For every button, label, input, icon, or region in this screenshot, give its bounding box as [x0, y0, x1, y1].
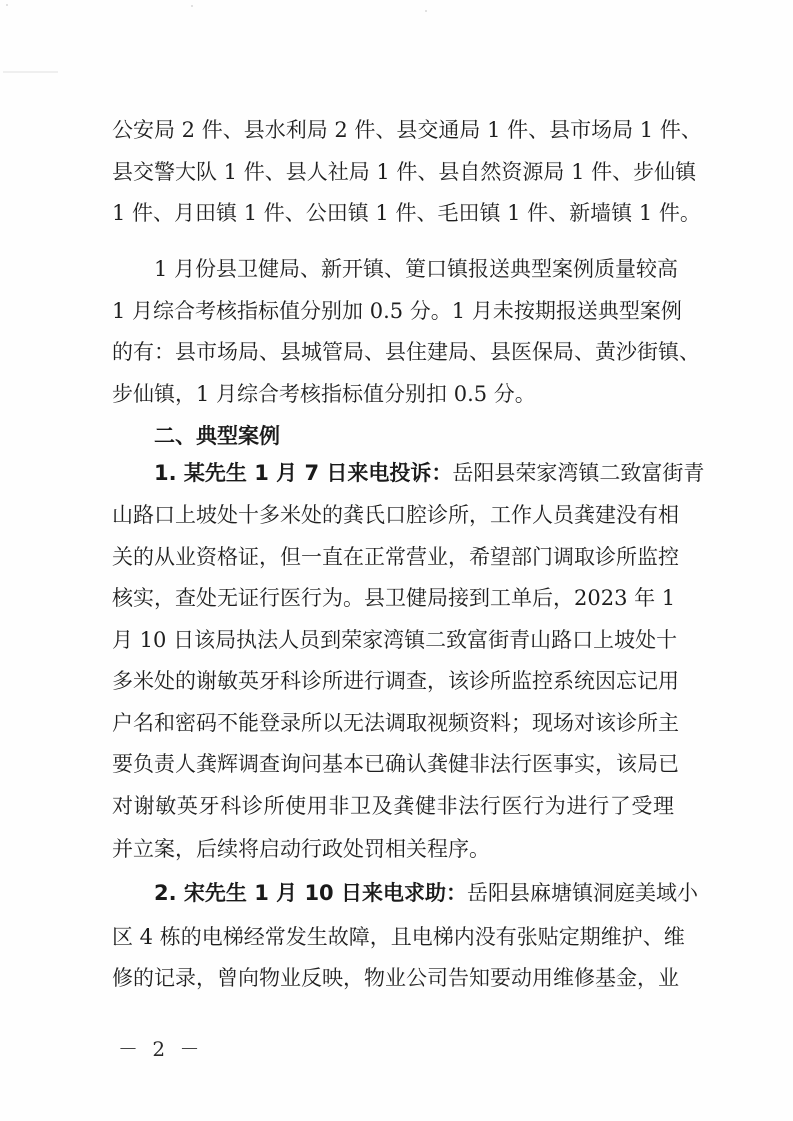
case-title: 1. 某先生 1 月 7 日来电投诉：: [154, 461, 452, 485]
text-line: 公安局 2 件、县水利局 2 件、县交通局 1 件、县市场局 1 件、: [112, 115, 674, 145]
text-line: 修的记录，曾向物业反映，物业公司告知要动用维修基金，业: [112, 963, 674, 993]
case-title-line: 1. 某先生 1 月 7 日来电投诉：岳阳县荣家湾镇二致富街青: [154, 458, 674, 488]
text-line: 步仙镇，1 月综合考核指标值分别扣 0.5 分。: [112, 379, 674, 409]
case-title: 2. 宋先生 1 月 10 日来电求助：: [154, 881, 467, 905]
section-heading: 二、典型案例: [154, 421, 674, 451]
text-line: 多米处的谢敏英牙科诊所进行调查，该诊所监控系统因忘记用: [112, 666, 674, 696]
text-line: 户名和密码不能登录所以无法调取视频资料；现场对该诊所主: [112, 708, 674, 738]
text-line: 要负责人龚辉调查询问基本已确认龚健非法行医事实，该局已: [112, 749, 674, 779]
document-page: 公安局 2 件、县水利局 2 件、县交通局 1 件、县市场局 1 件、 县交警大…: [0, 0, 793, 1121]
text-line: 1 月份县卫健局、新开镇、筻口镇报送典型案例质量较高: [154, 254, 674, 284]
text-line: 1 月综合考核指标值分别加 0.5 分。1 月未按期报送典型案例: [112, 296, 674, 326]
text-line: 关的从业资格证，但一直在正常营业，希望部门调取诊所监控: [112, 542, 674, 572]
scan-artifact: [191, 5, 193, 7]
case-title-line: 2. 宋先生 1 月 10 日来电求助：岳阳县麻塘镇洞庭美域小: [154, 878, 674, 908]
text-line: 的有：县市场局、县城管局、县住建局、县医保局、黄沙街镇、: [112, 337, 674, 367]
scan-artifact: [425, 10, 427, 12]
text-line: 并立案，后续将启动行政处罚相关程序。: [112, 834, 674, 864]
text-line: 1 件、月田镇 1 件、公田镇 1 件、毛田镇 1 件、新墙镇 1 件。: [112, 198, 674, 228]
text-line: 核实，查处无证行医行为。县卫健局接到工单后，2023 年 1: [112, 583, 674, 613]
scan-artifact-line: [3, 71, 58, 73]
text-line: 山路口上坡处十多米处的龚氏口腔诊所，工作人员龚建没有相: [112, 500, 674, 530]
case-text: 岳阳县荣家湾镇二致富街青: [452, 461, 704, 485]
text-line: 月 10 日该局执法人员到荣家湾镇二致富街青山路口上坡处十: [112, 625, 674, 655]
text-line: 对谢敏英牙科诊所使用非卫及龚健非法行医行为进行了受理: [112, 791, 674, 821]
page-number: － 2 －: [118, 1036, 203, 1062]
text-line: 县交警大队 1 件、县人社局 1 件、县自然资源局 1 件、步仙镇: [112, 157, 674, 187]
case-text: 岳阳县麻塘镇洞庭美域小: [467, 881, 698, 905]
text-line: 区 4 栋的电梯经常发生故障，且电梯内没有张贴定期维护、维: [112, 922, 674, 952]
scan-artifact: [6, 4, 8, 6]
